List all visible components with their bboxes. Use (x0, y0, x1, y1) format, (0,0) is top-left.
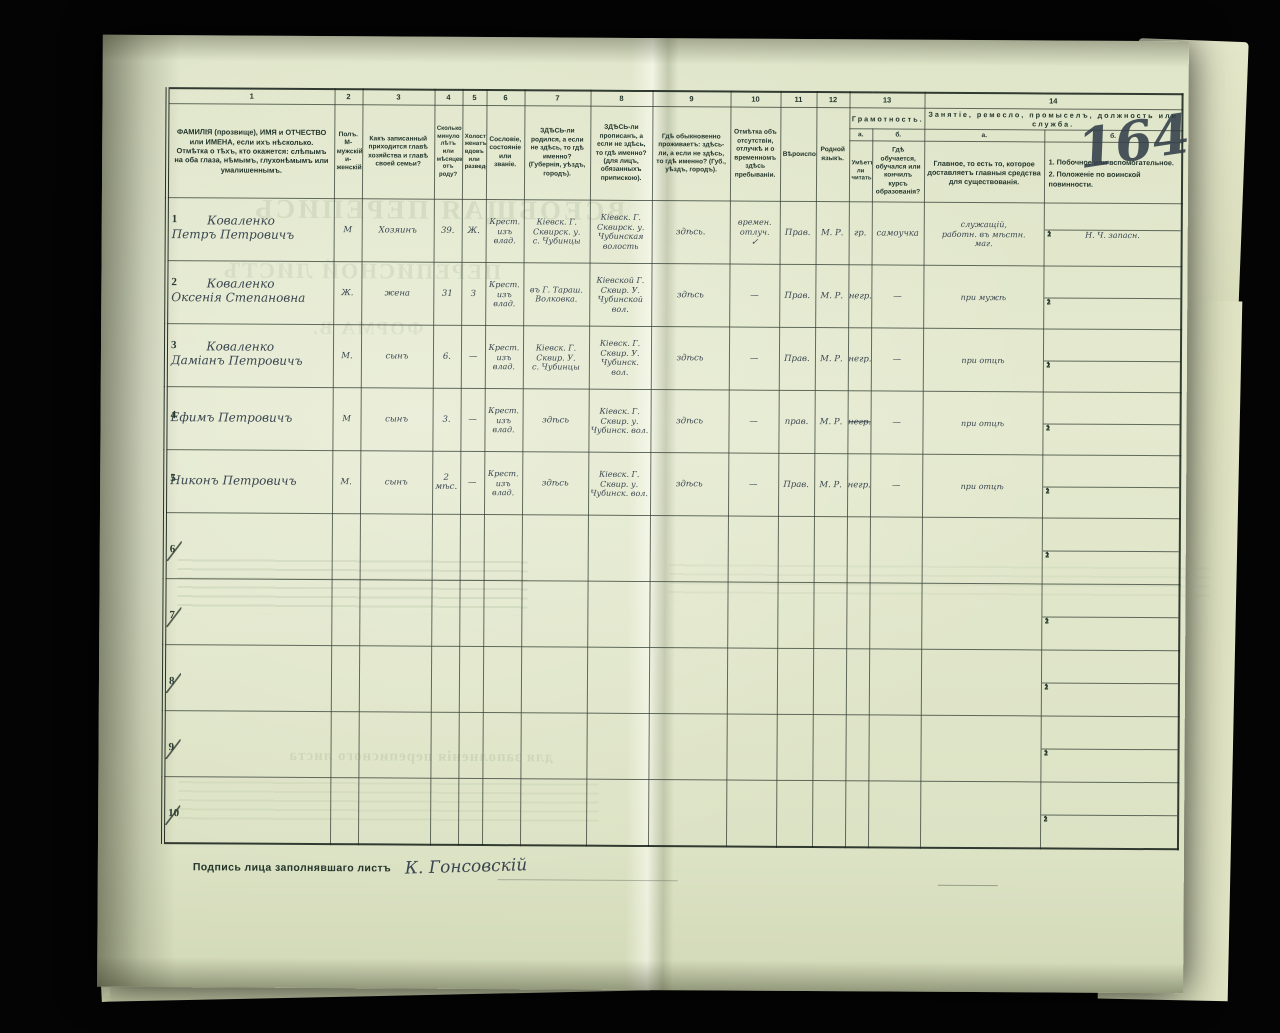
table-row: 2 Коваленко Оксенія Степановна Ж. жена 3… (166, 261, 1181, 330)
row-number: 4 (171, 409, 177, 421)
absence-cell: — (728, 453, 778, 516)
row-number-cancelled: 8 (169, 676, 175, 688)
checkmark: ✓ (730, 237, 779, 248)
marital-cell: З (461, 263, 485, 326)
table-row: 1 Коваленко Петръ Петровичъ М Хозяинъ 39… (167, 198, 1182, 267)
residence-cell: здѣсь (651, 264, 729, 327)
education-cell: — (870, 454, 922, 517)
col-number: 9 (652, 91, 730, 107)
header-literacy-b: б. (872, 129, 924, 141)
col-number: 3 (362, 89, 434, 105)
age-cell: 6. (433, 326, 461, 389)
edge-shadow-top (103, 35, 1189, 68)
header-relation-column: Какъ записанный приходится главѣ хозяйст… (362, 105, 435, 200)
table-row: 4 Ефимъ Петровичъ М сынъ 3. — Крест. изъ… (165, 387, 1180, 456)
table-row-empty: 6 1 2 (165, 513, 1180, 585)
registration-cell: Кіевской Г. Сквир. У. Чубинской вол. (589, 264, 651, 327)
header-registration-column: ЗДѢСЬ-ли прописанъ, а если не здѣсь, то … (590, 106, 653, 201)
relation-cell: Хозяинъ (362, 199, 434, 262)
marital-cell: — (461, 326, 485, 389)
col-number: 5 (462, 90, 486, 106)
occupation-side-cell: 1 2 (1042, 617, 1179, 619)
col-number: 8 (590, 91, 652, 107)
sex-cell: М (334, 199, 362, 262)
given-name: Петръ Петровичъ (171, 229, 332, 244)
occupation-main-cell: при отцѣ (923, 329, 1043, 393)
table-row: 5 Никонъ Петровичъ М. сынъ 2 мѣс. — Крес… (165, 450, 1180, 519)
reads-cell: гр. (849, 202, 872, 265)
sex-cell: М. (333, 325, 361, 388)
header-occupation-a: а. (924, 130, 1044, 143)
sex-cell: Ж. (333, 262, 361, 325)
registration-cell: Кіевск. Г. Сквирск. у. Чубинская волость (590, 201, 652, 264)
birthplace-cell: въ Г. Тараш. Волковка. (523, 263, 589, 326)
occupation-side-cell: 1 2 (1041, 749, 1178, 751)
row-number-cancelled: 9 (169, 742, 175, 754)
sex-cell: М (332, 388, 360, 451)
age-cell: 2 мѣс. (432, 452, 460, 515)
row-number-cancelled: 10 (168, 807, 179, 819)
residence-cell: здѣсь (650, 453, 728, 516)
religion-cell: прав. (778, 391, 814, 454)
relation-cell: сынъ (360, 388, 432, 451)
residence-cell: здѣсь. (652, 201, 730, 264)
birthplace-cell: Кіевск. Г. Сквир. У. с. Чубинцы (523, 326, 589, 389)
occupation-side-cell: 1 2 (1041, 815, 1178, 817)
age-cell: 31 (433, 263, 461, 326)
occupation-side-cell: 1 2 (1043, 423, 1180, 425)
estate-cell: Крест. изъ влад. (485, 263, 523, 326)
header-literacy-group: Грамотность. (849, 108, 924, 130)
header-residence-column: Гдѣ обыкновенно проживаетъ: здѣсь-ли, а … (652, 107, 731, 202)
language-cell: М. Р. (815, 328, 848, 391)
signature-underline (498, 879, 678, 881)
header-sex-column: Полъ. М-мужскій. и-женскій. (334, 105, 363, 200)
header-name-column: ФАМИЛІЯ (прозвище), ИМЯ и ОТЧЕСТВО или И… (167, 104, 335, 199)
registration-cell: Кіевск. Г. Сквир. у. Чубинск. вол. (588, 453, 650, 516)
relation-cell: сынъ (360, 451, 432, 514)
header-literacy-a: а. (849, 129, 872, 141)
occupation-main-cell: при отцѣ (922, 392, 1042, 456)
col-number: 11 (780, 92, 816, 108)
col-number: 10 (730, 92, 780, 108)
footer-signature-block: Подпись лица заполнявшаго листъ К. Гонсо… (193, 855, 528, 877)
header-age-column: Сколько минуло лѣтъ или мѣсяцевъ отъ род… (434, 105, 463, 200)
education-cell: — (870, 391, 922, 454)
surname: Коваленко (170, 277, 331, 292)
education-cell: — (871, 328, 923, 391)
header-literacy-a-desc: Умѣетъ-ли читать? (849, 141, 872, 202)
relation-cell: сынъ (361, 325, 433, 388)
header-birthplace-column: ЗДѢСЬ-ли родился, а если не здѣсь, то гд… (524, 106, 591, 201)
estate-cell: Крест. изъ влад. (486, 200, 524, 263)
occupation-side-cell: 1 2 (1041, 683, 1178, 685)
header-absence-column: Отмѣтка объ отсутствіи, отлучкѣ и о врем… (730, 107, 781, 202)
header-marital-column: Холостъ, женатъ, вдовъ или разведенъ. (462, 105, 487, 200)
census-table: 1 2 3 4 5 6 7 8 9 10 11 12 13 14 ФАМИЛІЯ… (161, 87, 1184, 850)
given-name: Ефимъ Петровичъ (170, 411, 331, 426)
registration-cell: Кіевск. Г. Сквир. У. Чубинск. вол. (589, 327, 651, 390)
col-number: 7 (524, 90, 590, 106)
birthplace-cell: здѣсь (522, 389, 588, 452)
birthplace-cell: здѣсь (522, 452, 588, 515)
religion-cell: Прав. (779, 328, 815, 391)
census-sheet: ВСЕОБЩАЯ ПЕРЕПИСЬ ПЕРЕПИСНОЙ ЛИСТЪ ФОРМА… (97, 35, 1189, 994)
occupation-side-cell: 1 2 (1043, 360, 1180, 362)
education-cell: самоучка (872, 202, 924, 265)
religion-cell: Прав. (778, 454, 814, 517)
col-number: 1 (167, 88, 334, 105)
military-status: Н. Ч. запасн. (1085, 231, 1140, 241)
language-cell: М. Р. (815, 265, 848, 328)
marital-cell: — (460, 452, 484, 515)
row-number: 5 (170, 472, 176, 484)
absence-cell: времен. отлуч.✓ (730, 201, 780, 264)
birthplace-cell: Кіевск. Г. Сквирск. у. с. Чубинцы (524, 200, 590, 263)
sex-cell: М. (332, 451, 360, 514)
absence-cell: — (728, 390, 778, 453)
religion-cell: Прав. (780, 202, 816, 265)
occupation-main-cell: при мужѣ (923, 266, 1043, 330)
given-name: Никонъ Петровичъ (169, 474, 330, 489)
row-number: 2 (171, 276, 177, 288)
education-cell: — (871, 265, 923, 328)
estate-cell: Крест. изъ влад. (484, 389, 522, 452)
marital-cell: Ж. (462, 200, 486, 263)
language-cell: М. Р. (816, 202, 849, 265)
header-estate-column: Сословіе, состояніе или званіе. (486, 106, 525, 201)
reads-cell: негр. (847, 454, 870, 517)
col-number: 12 (816, 92, 849, 108)
marital-cell: — (460, 389, 484, 452)
row-number-cancelled: 6 (170, 544, 176, 556)
given-name: Оксенія Степановна (170, 292, 331, 307)
occupation-side-cell: 1 2 (1044, 297, 1181, 299)
signature-label: Подпись лица заполнявшаго листъ (193, 861, 391, 874)
table-row-empty: 9 1 2 (163, 711, 1178, 783)
residence-cell: здѣсь (651, 327, 729, 390)
registration-cell: Кіевск. Г. Сквир. у. Чубинск. вол. (588, 390, 650, 453)
occupation-main-cell: при отцѣ (922, 455, 1042, 519)
given-name: Даміанъ Петровичъ (170, 355, 331, 370)
occupation-side-cell: 1 2 (1042, 551, 1179, 553)
col-number: 13 (849, 92, 924, 108)
pencil-dash (938, 885, 998, 886)
absence-cell: — (729, 327, 779, 390)
reads-cell-struck: негр. (847, 391, 870, 454)
table-row-empty: 10 1 2 (163, 777, 1178, 849)
table-row-empty: 7 1 2 (164, 579, 1179, 651)
occupation-side-cell: 1 2Н. Ч. запасн. (1044, 230, 1181, 241)
col-number: 6 (486, 90, 524, 106)
language-cell: М. Р. (814, 454, 847, 517)
relation-cell: жена (361, 262, 433, 325)
header-occupation-a-desc: Главное, то есть то, которое доставляетъ… (924, 142, 1044, 204)
age-cell: 39. (434, 200, 462, 263)
row-number: 3 (171, 339, 177, 351)
surname: Коваленко (171, 214, 332, 229)
table-row: 3 Коваленко Даміанъ Петровичъ М. сынъ 6.… (166, 324, 1181, 393)
religion-cell: Прав. (779, 265, 815, 328)
estate-cell: Крест. изъ влад. (485, 326, 523, 389)
row-number: 1 (172, 213, 178, 225)
occupation-main-cell: служащій, работн. въ мѣстн. маг. (924, 203, 1044, 267)
occupation-side-cell: 1 2 (1043, 486, 1180, 488)
header-language-column: Родной языкъ. (816, 108, 850, 203)
age-cell: 3. (432, 389, 460, 452)
absence-cell: — (729, 264, 779, 327)
estate-cell: Крест. изъ влад. (484, 452, 522, 515)
reads-cell: негр. (848, 328, 871, 391)
header-literacy-b-desc: Гдѣ обучается, обучался или кончилъ курс… (872, 141, 924, 202)
col-number: 4 (434, 90, 462, 106)
header-religion-column: Вѣроисповѣданіе. (780, 107, 817, 202)
surname: Коваленко (170, 340, 331, 355)
table-row-empty: 8 1 2 (164, 645, 1179, 717)
language-cell: М. Р. (814, 391, 847, 454)
residence-cell: здѣсь (650, 390, 728, 453)
col-number: 2 (334, 89, 362, 105)
signature-handwriting: К. Гонсовскій (405, 855, 528, 879)
row-number-cancelled: 7 (169, 610, 175, 622)
reads-cell: негр. (848, 265, 871, 328)
